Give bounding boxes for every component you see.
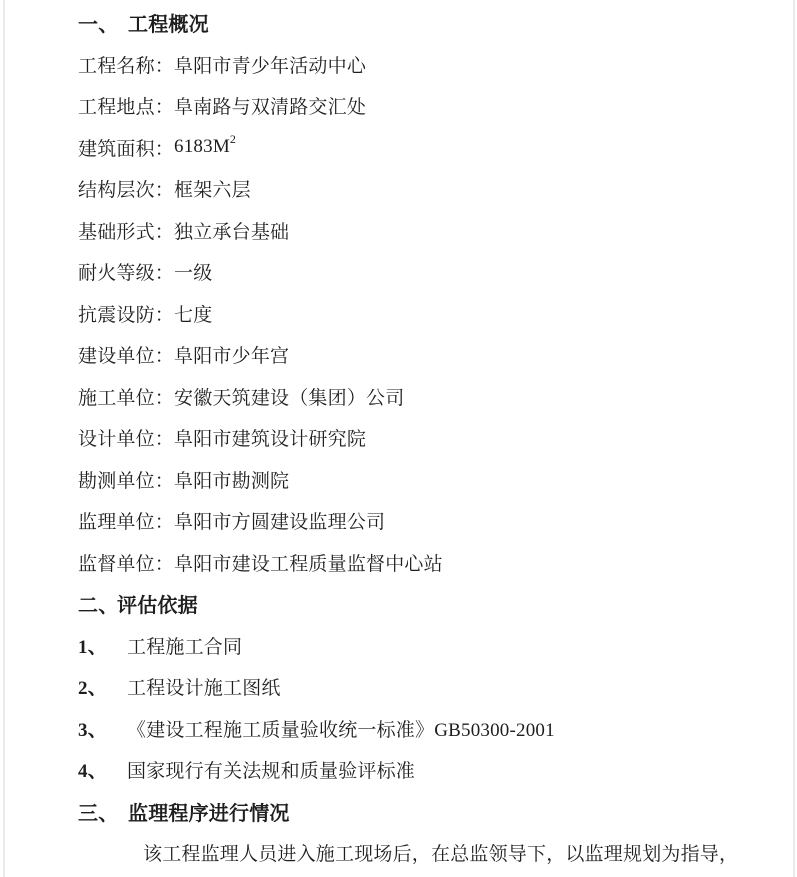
field-value: 阜阳市方圆建设监理公司: [174, 507, 385, 534]
document-content: 一、 工程概况 工程名称： 阜阳市青少年活动中心 工程地点： 阜南路与双清路交汇…: [0, 0, 797, 874]
field-row-supervision-unit: 监理单位： 阜阳市方圆建设监理公司: [78, 500, 797, 542]
field-value: 阜南路与双清路交汇处: [174, 92, 366, 119]
section-1-title: 工程概况: [128, 8, 209, 37]
list-item-text: 国家现行有关法规和质量验评标准: [127, 756, 415, 783]
list-item-number: 3、: [78, 715, 127, 742]
section-2-heading: 二、 评估依据: [78, 583, 797, 625]
list-item-text: 《建设工程施工质量验收统一标准》GB50300-2001: [127, 715, 555, 742]
field-row-design-unit: 设计单位： 阜阳市建筑设计研究院: [78, 417, 797, 459]
eval-basis-item-4: 4、 国家现行有关法规和质量验评标准: [78, 749, 797, 791]
field-label: 设计单位：: [78, 424, 174, 451]
field-label: 耐火等级：: [78, 258, 174, 285]
list-item-number: 2、: [78, 673, 127, 700]
field-row-project-name: 工程名称： 阜阳市青少年活动中心: [78, 44, 797, 86]
field-row-seismic-design: 抗震设防： 七度: [78, 293, 797, 335]
field-value: 阜阳市建筑设计研究院: [174, 424, 366, 451]
eval-basis-item-3: 3、 《建设工程施工质量验收统一标准》GB50300-2001: [78, 708, 797, 750]
field-label: 监理单位：: [78, 507, 174, 534]
field-row-owner-unit: 建设单位： 阜阳市少年宫: [78, 334, 797, 376]
page-right-edge: [793, 0, 795, 877]
document-page: 一、 工程概况 工程名称： 阜阳市青少年活动中心 工程地点： 阜南路与双清路交汇…: [0, 0, 797, 877]
field-value: 安徽天筑建设（集团）公司: [174, 383, 404, 410]
section-3-number: 三、: [78, 797, 128, 826]
section-1-number: 一、: [78, 8, 128, 37]
eval-basis-item-2: 2、 工程设计施工图纸: [78, 666, 797, 708]
field-row-construction-unit: 施工单位： 安徽天筑建设（集团）公司: [78, 376, 797, 418]
field-value: 框架六层: [174, 175, 251, 202]
field-value: 阜阳市少年宫: [174, 341, 289, 368]
section-2-number: 二、: [78, 589, 117, 618]
field-label: 监督单位：: [78, 549, 174, 576]
field-label: 基础形式：: [78, 217, 174, 244]
field-label: 施工单位：: [78, 383, 174, 410]
field-label: 工程地点：: [78, 92, 174, 119]
paragraph-text: 该工程监理人员进入施工现场后，在总监领导下，以监理规划为指导，: [143, 839, 738, 866]
section-3-heading: 三、 监理程序进行情况: [78, 791, 797, 833]
section-3-paragraph: 该工程监理人员进入施工现场后，在总监领导下，以监理规划为指导，: [78, 832, 797, 874]
section-2-title: 评估依据: [117, 589, 198, 618]
field-label: 抗震设防：: [78, 300, 174, 327]
section-3-title: 监理程序进行情况: [128, 797, 290, 826]
list-item-text: 工程施工合同: [127, 632, 242, 659]
field-value: 6183M: [174, 136, 230, 158]
list-item-text: 工程设计施工图纸: [127, 673, 281, 700]
field-label: 建筑面积：: [78, 134, 174, 161]
field-row-survey-unit: 勘测单位： 阜阳市勘测院: [78, 459, 797, 501]
field-label: 结构层次：: [78, 175, 174, 202]
field-value: 七度: [174, 300, 212, 327]
field-label: 建设单位：: [78, 341, 174, 368]
list-item-number: 4、: [78, 756, 127, 783]
field-value: 独立承台基础: [174, 217, 289, 244]
field-row-foundation-type: 基础形式： 独立承台基础: [78, 210, 797, 252]
field-row-project-location: 工程地点： 阜南路与双清路交汇处: [78, 85, 797, 127]
field-value: 一级: [174, 258, 212, 285]
list-item-number: 1、: [78, 632, 127, 659]
field-value: 阜阳市建设工程质量监督中心站: [174, 549, 443, 576]
field-row-building-area: 建筑面积： 6183M 2: [78, 127, 797, 169]
field-row-oversight-unit: 监督单位： 阜阳市建设工程质量监督中心站: [78, 542, 797, 584]
field-row-structure-storeys: 结构层次： 框架六层: [78, 168, 797, 210]
section-1-heading: 一、 工程概况: [78, 2, 797, 44]
field-value: 阜阳市勘测院: [174, 466, 289, 493]
field-label: 勘测单位：: [78, 466, 174, 493]
field-row-fire-rating: 耐火等级： 一级: [78, 251, 797, 293]
eval-basis-item-1: 1、 工程施工合同: [78, 625, 797, 667]
field-value: 阜阳市青少年活动中心: [174, 51, 366, 78]
page-left-edge: [3, 0, 5, 877]
field-label: 工程名称：: [78, 51, 174, 78]
